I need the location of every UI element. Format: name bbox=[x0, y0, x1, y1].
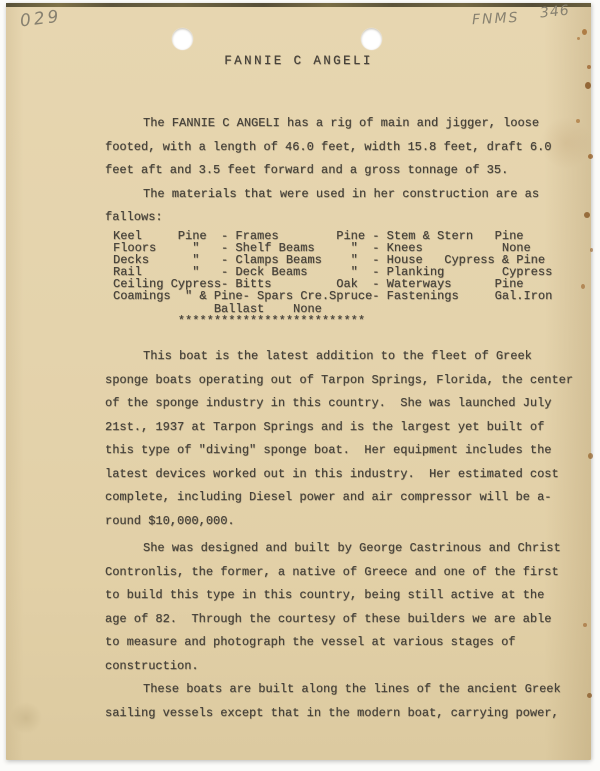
paragraph-materials-intro: The materials that were used in her cons… bbox=[105, 183, 587, 230]
paragraph-fleet-description: This boat is the latest addition to the … bbox=[105, 345, 587, 533]
foxing-spot bbox=[585, 82, 591, 89]
materials-table-row: Ballast None bbox=[113, 303, 587, 315]
text-line: footed, with a length of 46.0 feet, widt… bbox=[105, 136, 587, 160]
foxing-spot bbox=[582, 29, 587, 35]
foxing-spot bbox=[584, 212, 590, 218]
punch-hole-left bbox=[172, 28, 193, 50]
foxing-spot bbox=[583, 623, 587, 627]
paper-top-edge bbox=[6, 3, 591, 7]
pencil-annotation-page-number: 346 bbox=[539, 2, 570, 21]
text-line: this type of "diving" sponge boat. Her e… bbox=[105, 439, 587, 463]
paragraph-builders: She was designed and built by George Cas… bbox=[105, 537, 587, 678]
paragraph-specs: The FANNIE C ANGELI has a rig of main an… bbox=[105, 112, 587, 183]
text-line: complete, including Diesel power and air… bbox=[105, 486, 587, 510]
text-line: feet aft and 3.5 feet forward and a gros… bbox=[105, 159, 587, 183]
foxing-spot bbox=[587, 65, 591, 69]
materials-table: Keel Pine - Frames Pine - Stem & Stern P… bbox=[113, 230, 587, 328]
text-line: The FANNIE C ANGELI has a rig of main an… bbox=[105, 112, 587, 136]
document-body: The FANNIE C ANGELI has a rig of main an… bbox=[105, 112, 587, 725]
text-line: fallows: bbox=[105, 206, 587, 230]
text-line: sponge boats operating out of Tarpon Spr… bbox=[105, 369, 587, 393]
text-line: The materials that were used in her cons… bbox=[105, 183, 587, 207]
foxing-spot bbox=[588, 453, 593, 459]
text-line: to measure and photograph the vessel at … bbox=[105, 631, 587, 655]
document-title: FANNIE C ANGELI bbox=[6, 54, 591, 68]
text-line: These boats are built along the lines of… bbox=[105, 678, 587, 702]
foxing-spot bbox=[590, 248, 593, 252]
text-line: Contronlis, the former, a native of Gree… bbox=[105, 561, 587, 585]
materials-table-row: Keel Pine - Frames Pine - Stem & Stern P… bbox=[113, 230, 587, 242]
text-line: construction. bbox=[105, 655, 587, 679]
pencil-annotation-top-left: 029 bbox=[19, 7, 63, 32]
foxing-spot bbox=[577, 37, 580, 40]
materials-table-divider: ************************** bbox=[113, 315, 587, 327]
foxing-spot bbox=[576, 119, 580, 123]
foxing-spot bbox=[587, 693, 592, 698]
text-line: This boat is the latest addition to the … bbox=[105, 345, 587, 369]
text-line: sailing vessels except that in the moder… bbox=[105, 702, 587, 726]
punch-hole-right bbox=[361, 28, 382, 50]
text-line: age of 82. Through the courtesy of these… bbox=[105, 608, 587, 632]
text-line: round $10,000,000. bbox=[105, 510, 587, 534]
text-line: She was designed and built by George Cas… bbox=[105, 537, 587, 561]
text-line: latest devices worked out in this indust… bbox=[105, 463, 587, 487]
text-line: to build this type in this country, bein… bbox=[105, 584, 587, 608]
foxing-spot bbox=[588, 154, 593, 159]
foxing-spot bbox=[581, 284, 585, 289]
paragraph-ancient-greek: These boats are built along the lines of… bbox=[105, 678, 587, 725]
materials-table-row: Coamings " & Pine- Spars Cre.Spruce- Fas… bbox=[113, 290, 587, 302]
pencil-annotation-code: FNMS bbox=[472, 10, 520, 28]
paper-page: 029 FNMS 346 FANNIE C ANGELI The FANNIE … bbox=[6, 3, 591, 760]
text-line: 21st., 1937 at Tarpon Springs and is the… bbox=[105, 416, 587, 440]
text-line: of the sponge industry in this country. … bbox=[105, 392, 587, 416]
